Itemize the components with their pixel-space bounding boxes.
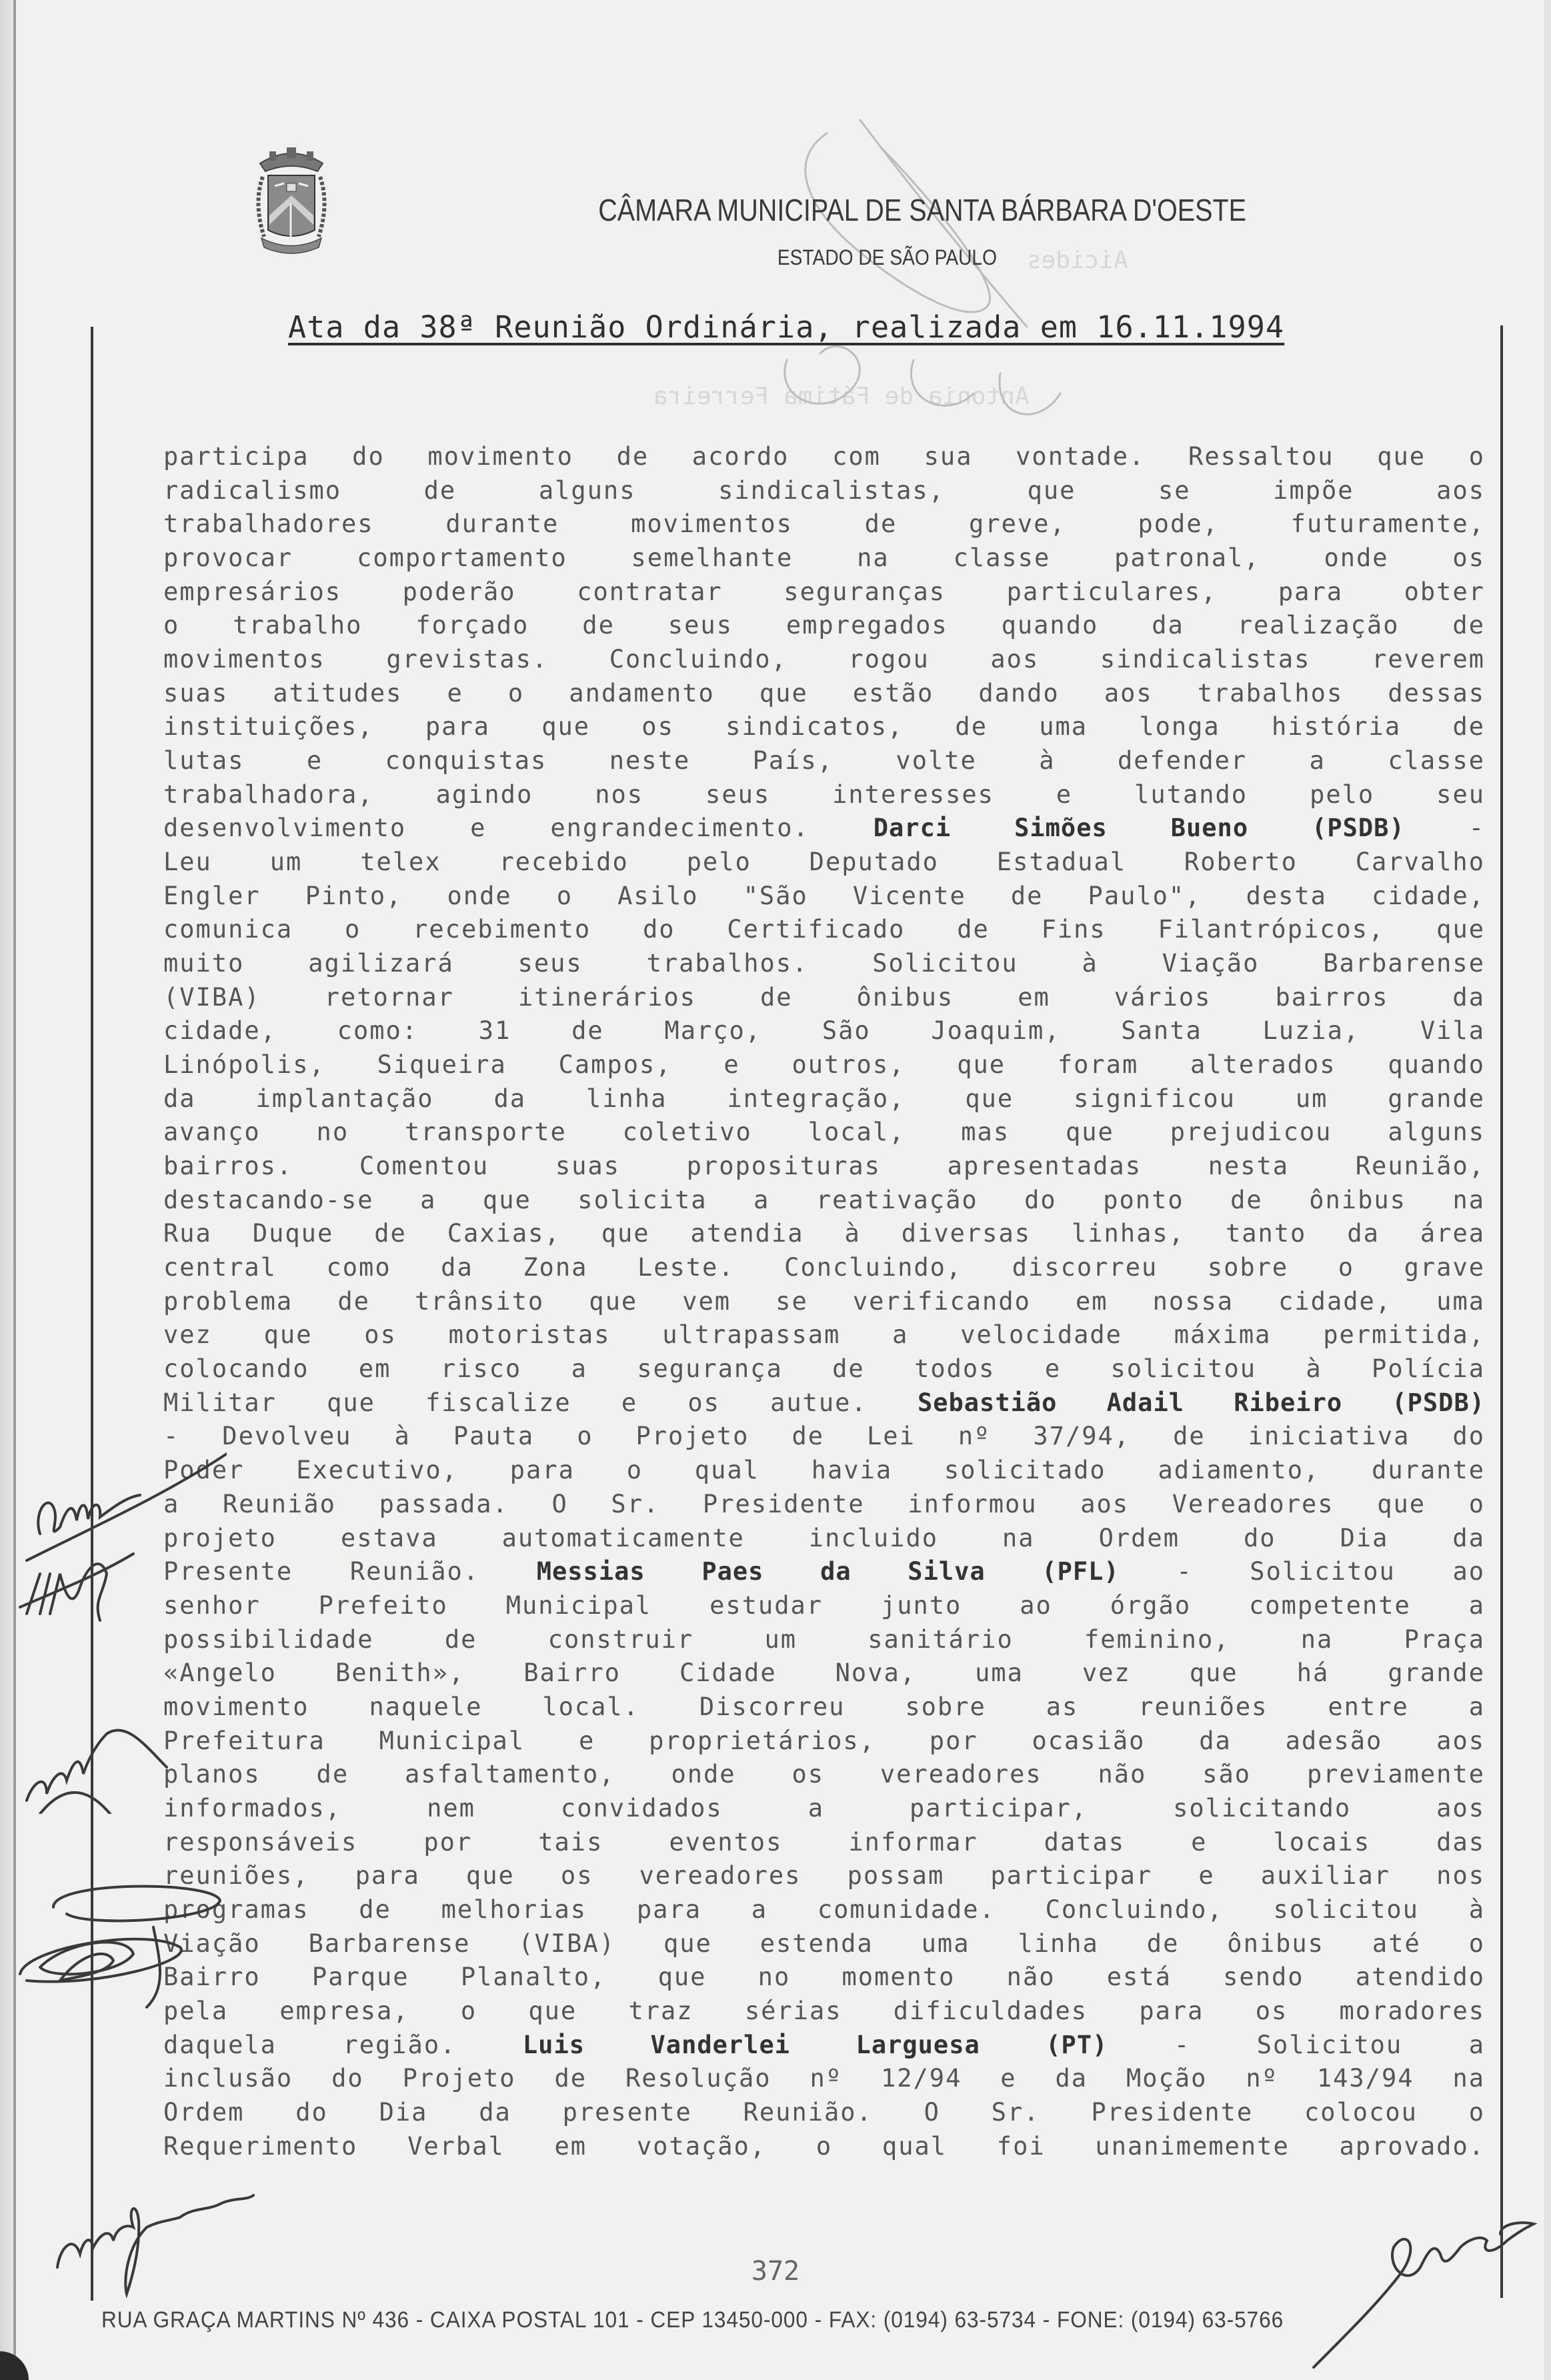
text-segment: central como da Zona Leste. Concluindo, … [163,1253,1485,1282]
text-segment: radicalismo de alguns sindicalistas, que… [163,476,1485,505]
text-line: trabalhadores durante movimentos de grev… [163,507,1485,541]
signature-left-2-icon [13,1527,147,1634]
text-line: a Reunião passada. O Sr. Presidente info… [163,1488,1485,1522]
text-segment: pela empresa, o que traz sérias dificuld… [163,1997,1485,2025]
text-line: radicalismo de alguns sindicalistas, que… [163,474,1485,508]
text-segment: Presente Reunião. [163,1557,537,1586]
text-segment: colocando em risco a segurança de todos … [163,1354,1485,1383]
document-title: Ata da 38ª Reunião Ordinária, realizada … [288,309,1355,345]
text-segment: responsáveis por tais eventos informar d… [163,1828,1485,1857]
text-line: provocar comportamento semelhante na cla… [163,541,1485,575]
text-line: responsáveis por tais eventos informar d… [163,1826,1485,1860]
text-line: - Devolveu à Pauta o Projeto de Lei nº 3… [163,1420,1485,1454]
text-segment: Linópolis, Siqueira Campos, e outros, qu… [163,1050,1485,1079]
text-line: Leu um telex recebido pelo Deputado Esta… [163,846,1485,880]
text-segment: possibilidade de construir um sanitário … [163,1625,1485,1654]
text-segment: o trabalho forçado de seus empregados qu… [163,611,1485,640]
text-segment: Poder Executivo, para o qual havia solic… [163,1456,1485,1484]
text-segment: da implantação da linha integração, que … [163,1084,1485,1113]
text-segment: Rua Duque de Caxias, que atendia à diver… [163,1219,1485,1248]
text-segment: senhor Prefeito Municipal estudar junto … [163,1591,1485,1620]
text-segment: provocar comportamento semelhante na cla… [163,543,1485,572]
text-line: participa do movimento de acordo com sua… [163,440,1485,474]
signature-bottom-right-icon [1307,2201,1547,2374]
text-segment: - Devolveu à Pauta o Projeto de Lei nº 3… [163,1422,1485,1450]
text-line: Bairro Parque Planalto, que no momento n… [163,1961,1485,1995]
text-line: cidade, como: 31 de Março, São Joaquim, … [163,1014,1485,1048]
text-line: lutas e conquistas neste País, volte à d… [163,744,1485,778]
page-edge-line [13,0,16,2380]
binding-edge [0,0,15,2380]
text-segment: daquela região. [163,2031,523,2059]
text-line: Engler Pinto, onde o Asilo "São Vicente … [163,880,1485,914]
text-segment: bairros. Comentou suas proposituras apre… [163,1152,1485,1180]
text-segment: empresários poderão contratar seguranças… [163,577,1485,606]
text-segment: participa do movimento de acordo com sua… [163,442,1485,471]
text-line: desenvolvimento e engrandecimento. Darci… [163,812,1485,846]
institution-name: CÂMARA MUNICIPAL DE SANTA BÁRBARA D'OEST… [129,192,1463,228]
text-segment: Viação Barbarense (VIBA) que estenda uma… [163,1929,1485,1958]
text-line: da implantação da linha integração, que … [163,1082,1485,1116]
text-line: informados, nem convidados a participar,… [163,1792,1485,1826]
text-line: bairros. Comentou suas proposituras apre… [163,1150,1485,1184]
text-segment: movimentos grevistas. Concluindo, rogou … [163,645,1485,674]
text-segment: «Angelo Benith», Bairro Cidade Nova, uma… [163,1658,1485,1687]
text-segment: (VIBA) retornar itinerários de ônibus em… [163,983,1485,1012]
speaker-name: Luis Vanderlei Larguesa (PT) [523,2031,1108,2059]
signature-left-3-icon [13,1680,173,1814]
text-segment: inclusão do Projeto de Resolução nº 12/9… [163,2064,1485,2093]
text-line: vez que os motoristas ultrapassam a velo… [163,1318,1485,1352]
text-segment: trabalhadores durante movimentos de grev… [163,509,1485,538]
text-segment: lutas e conquistas neste País, volte à d… [163,746,1485,775]
text-segment: muito agilizará seus trabalhos. Solicito… [163,949,1485,978]
text-line: Militar que fiscalize e os autue. Sebast… [163,1386,1485,1420]
speaker-name: Darci Simões Bueno (PSDB) [874,814,1405,842]
left-frame-line [91,327,93,2301]
text-line: senhor Prefeito Municipal estudar junto … [163,1589,1485,1623]
text-line: avanço no transporte coletivo local, mas… [163,1116,1485,1150]
text-line: possibilidade de construir um sanitário … [163,1623,1485,1657]
text-segment: planos de asfaltamento, onde os vereador… [163,1760,1485,1789]
text-segment: informados, nem convidados a participar,… [163,1794,1485,1823]
text-segment: movimento naquele local. Discorreu sobre… [163,1692,1485,1721]
text-segment: Engler Pinto, onde o Asilo "São Vicente … [163,882,1485,910]
state-name-text: ESTADO DE SÃO PAULO [778,245,997,270]
text-line: planos de asfaltamento, onde os vereador… [163,1758,1485,1792]
text-segment: Militar que fiscalize e os autue. [163,1388,918,1417]
text-line: Viação Barbarense (VIBA) que estenda uma… [163,1927,1485,1961]
text-segment: Bairro Parque Planalto, que no momento n… [163,1963,1485,1991]
text-segment: - [1405,814,1485,842]
text-segment: comunica o recebimento do Certificado de… [163,915,1485,944]
text-line: destacando-se a que solicita a reativaçã… [163,1184,1485,1218]
text-segment: destacando-se a que solicita a reativaçã… [163,1186,1485,1214]
text-segment: projeto estava automaticamente incluido … [163,1524,1485,1552]
text-line: trabalhadora, agindo nos seus interesses… [163,778,1485,812]
text-line: pela empresa, o que traz sérias dificuld… [163,1995,1485,2029]
text-line: empresários poderão contratar seguranças… [163,575,1485,610]
text-line: Ordem do Dia da presente Reunião. O Sr. … [163,2096,1485,2130]
text-line: problema de trânsito que vem se verifica… [163,1285,1485,1319]
text-segment: Prefeitura Municipal e proprietários, po… [163,1726,1485,1755]
text-segment: programas de melhorias para a comunidade… [163,1895,1485,1924]
text-line: projeto estava automaticamente incluido … [163,1522,1485,1556]
text-line: movimento naquele local. Discorreu sobre… [163,1690,1485,1724]
text-line: Linópolis, Siqueira Campos, e outros, qu… [163,1048,1485,1082]
text-line: o trabalho forçado de seus empregados qu… [163,609,1485,643]
text-line: Requerimento Verbal em votação, o qual f… [163,2130,1485,2164]
text-segment: trabalhadora, agindo nos seus interesses… [163,780,1485,809]
text-segment: cidade, como: 31 de Março, São Joaquim, … [163,1016,1485,1045]
minutes-body: participa do movimento de acordo com sua… [163,440,1485,2163]
text-segment: Ordem do Dia da presente Reunião. O Sr. … [163,2098,1485,2127]
right-page-edge [1544,0,1551,2380]
footer-address: RUA GRAÇA MARTINS Nº 436 - CAIXA POSTAL … [101,2307,1410,2333]
scan-corner-shadow [0,2327,47,2380]
text-line: Presente Reunião. Messias Paes da Silva … [163,1555,1485,1589]
text-line: central como da Zona Leste. Concluindo, … [163,1251,1485,1285]
text-line: movimentos grevistas. Concluindo, rogou … [163,643,1485,677]
state-name: ESTADO DE SÃO PAULO [107,245,1472,270]
text-segment: problema de trânsito que vem se verifica… [163,1287,1485,1316]
text-line: daquela região. Luis Vanderlei Larguesa … [163,2029,1485,2063]
text-segment: instituições, para que os sindicatos, de… [163,712,1485,741]
text-segment: suas atitudes e o andamento que estão da… [163,679,1485,708]
text-line: colocando em risco a segurança de todos … [163,1352,1485,1386]
text-line: instituições, para que os sindicatos, de… [163,710,1485,744]
institution-name-text: CÂMARA MUNICIPAL DE SANTA BÁRBARA D'OEST… [598,192,1246,228]
text-line: Prefeitura Municipal e proprietários, po… [163,1724,1485,1758]
text-segment: desenvolvimento e engrandecimento. [163,814,874,842]
bleed-through-text-2: Antonia de Fátima Ferreira [653,383,1030,410]
right-frame-line [1500,325,1503,2298]
speaker-name: Messias Paes da Silva (PFL) [537,1557,1120,1586]
text-line: reuniões, para que os vereadores possam … [163,1859,1485,1893]
text-line: suas atitudes e o andamento que estão da… [163,677,1485,711]
text-line: «Angelo Benith», Bairro Cidade Nova, uma… [163,1656,1485,1690]
text-line: (VIBA) retornar itinerários de ônibus em… [163,981,1485,1015]
text-segment: Leu um telex recebido pelo Deputado Esta… [163,848,1485,876]
text-segment: avanço no transporte coletivo local, mas… [163,1118,1485,1146]
text-segment: - Solicitou a [1108,2031,1485,2059]
page-number: 372 [0,2256,1551,2287]
text-line: comunica o recebimento do Certificado de… [163,913,1485,947]
text-line: programas de melhorias para a comunidade… [163,1893,1485,1927]
text-segment: vez que os motoristas ultrapassam a velo… [163,1320,1485,1349]
text-line: muito agilizará seus trabalhos. Solicito… [163,947,1485,981]
signature-bottom-left-icon [53,2181,273,2314]
text-segment: a Reunião passada. O Sr. Presidente info… [163,1490,1485,1518]
text-segment: - Solicitou ao [1120,1557,1485,1586]
speaker-name: Sebastião Adail Ribeiro (PSDB) [918,1388,1485,1417]
text-line: Poder Executivo, para o qual havia solic… [163,1454,1485,1488]
text-line: Rua Duque de Caxias, que atendia à diver… [163,1217,1485,1251]
text-segment: reuniões, para que os vereadores possam … [163,1861,1485,1890]
text-segment: Requerimento Verbal em votação, o qual f… [163,2132,1485,2161]
text-line: inclusão do Projeto de Resolução nº 12/9… [163,2062,1485,2096]
